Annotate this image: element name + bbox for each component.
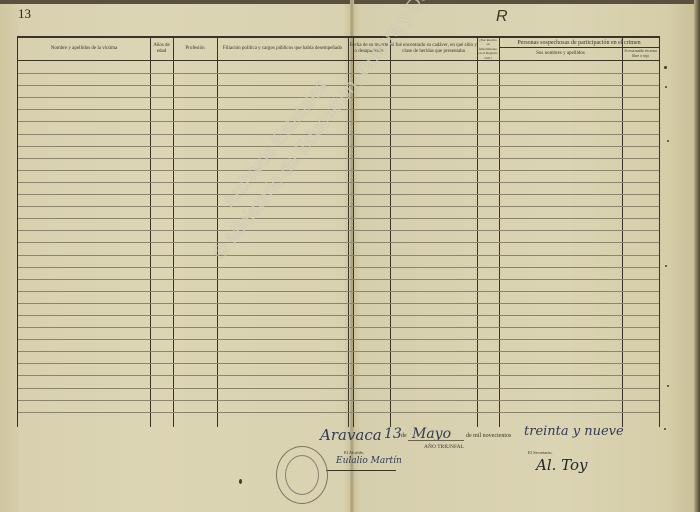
ink-spot [664, 428, 666, 430]
table-row [18, 352, 659, 364]
secretary-label: El Secretario, [528, 450, 553, 455]
table-row [18, 256, 659, 268]
table-row [18, 401, 659, 413]
pencil-annotation: R [496, 8, 508, 26]
table-row [18, 316, 659, 328]
header-age: Años de edad [150, 38, 173, 60]
ink-spot [665, 86, 667, 88]
page-number: 13 [18, 6, 31, 22]
mayor-signature: Eulalio Martín [336, 456, 402, 466]
day-handwritten: 13 [384, 426, 402, 442]
ink-spot [667, 385, 669, 387]
de-label: de [401, 433, 407, 439]
header-profession: Profesión [173, 38, 217, 60]
table-row [18, 207, 659, 219]
ink-spot [667, 140, 669, 142]
table-row [18, 243, 659, 255]
ink-spot [239, 479, 242, 484]
table-row [18, 195, 659, 207]
table-row [18, 292, 659, 304]
table-row [18, 159, 659, 171]
table-row [18, 413, 659, 425]
year-handwritten: treinta y nueve [524, 424, 624, 439]
document-scan: 13 R Nombre y apellidos de la víctima Añ… [0, 0, 700, 512]
month-underline [408, 440, 464, 441]
secretary-signature: Al. Toy [536, 456, 588, 474]
table-row [18, 364, 659, 376]
table-row [18, 219, 659, 231]
place-handwritten: Aravaca [320, 426, 382, 444]
ano-triunfal: AÑO TRIUNFAL [424, 444, 464, 450]
signature-flourish [326, 470, 396, 471]
table-row [18, 231, 659, 243]
table-row [18, 268, 659, 280]
mayor-label: El Alcalde, [344, 450, 364, 455]
eagle-emblem-icon [285, 455, 319, 495]
table-row [18, 328, 659, 340]
ink-spot [664, 66, 667, 69]
page-edge-right [694, 0, 700, 512]
table-row [18, 183, 659, 195]
table-row [18, 304, 659, 316]
table-row [18, 389, 659, 401]
header-victim-name: Nombre y apellidos de la víctima [18, 38, 150, 60]
header-zone: Si esta unido en zona libre o roja [622, 47, 659, 60]
header-suspect-names: Sus nombres y apellidos [499, 47, 622, 60]
table-row [18, 280, 659, 292]
table-row [18, 376, 659, 388]
table-row [18, 171, 659, 183]
year-prefix: de mil novecientos [466, 433, 511, 439]
header-civil-registry: ¿Fué inscrito su fallecimiento en el Reg… [477, 38, 499, 60]
table-row [18, 122, 659, 134]
table-row [18, 147, 659, 159]
table-row [18, 135, 659, 147]
header-body-found: Si fué encontrado su cadáver, en qué sit… [390, 38, 477, 60]
table-row [18, 340, 659, 352]
municipal-seal: AYUNTAMIENTO DE ARAVACA · PRESIDENCIA [276, 446, 328, 504]
ink-spot [665, 265, 667, 267]
